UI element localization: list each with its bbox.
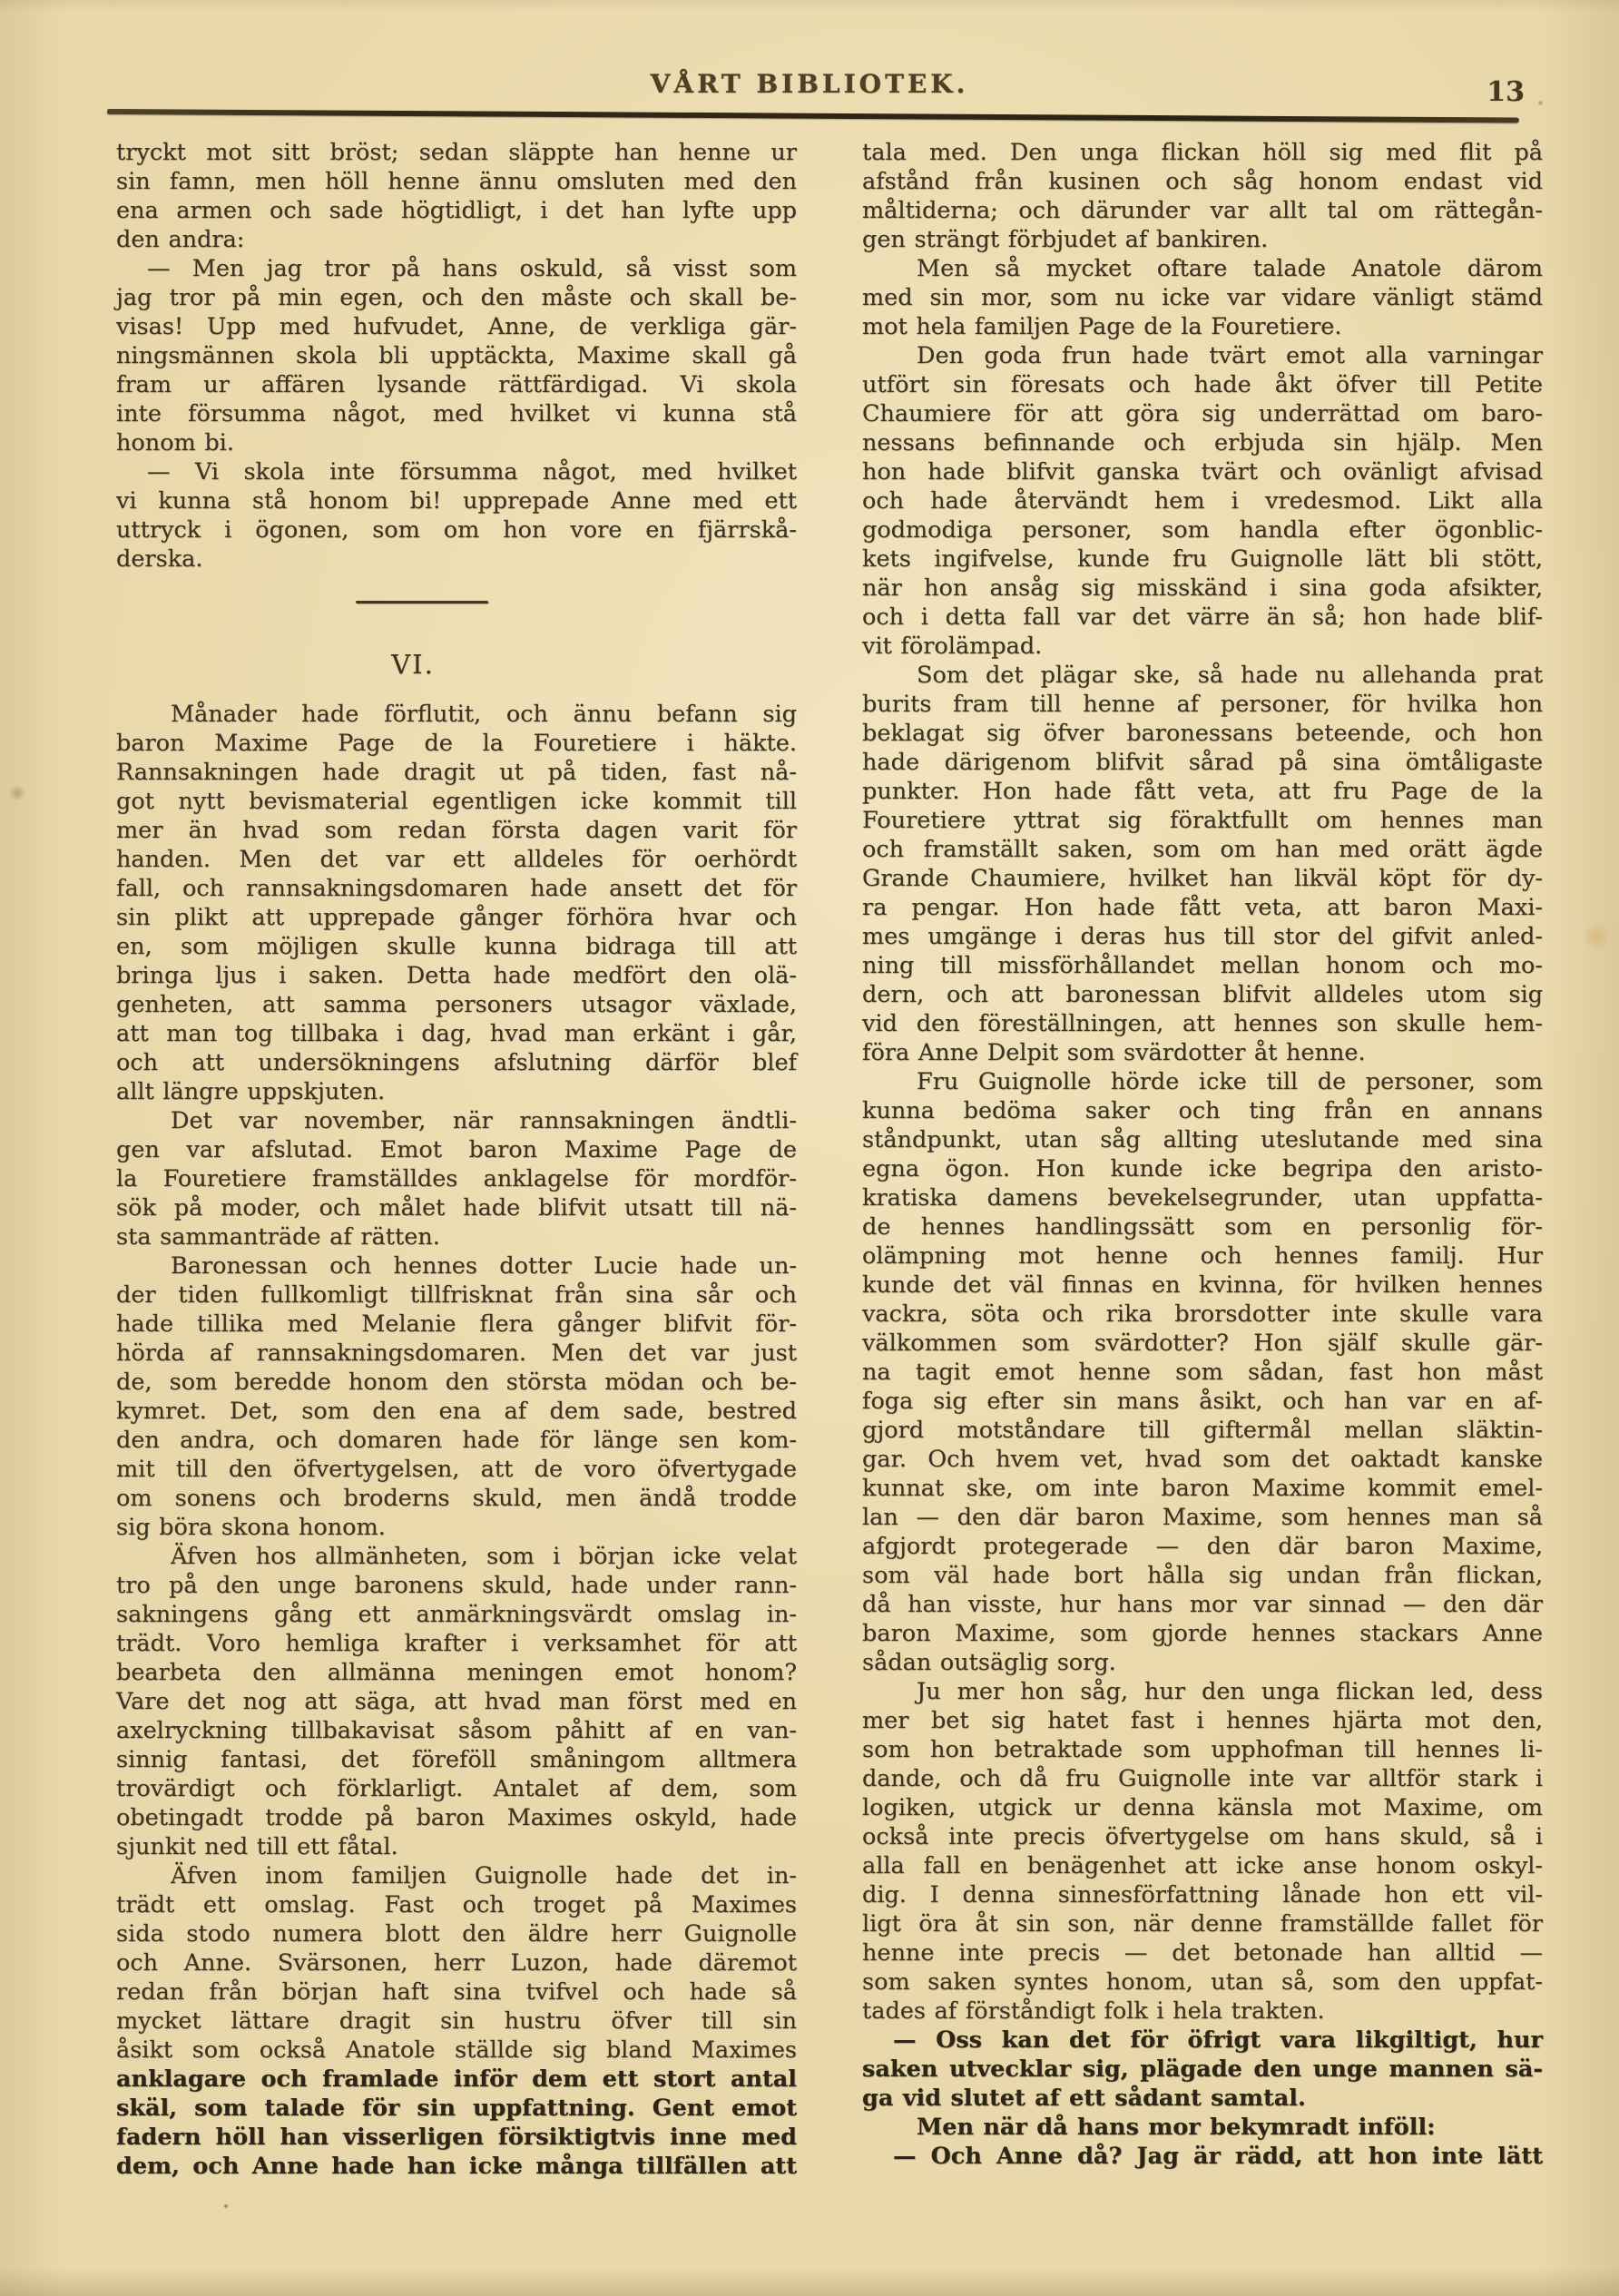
text-line: en, som möjligen skulle kunna bidraga ti… (116, 932, 797, 961)
text-line: dem, och Anne hade han icke många tillfä… (116, 2152, 797, 2181)
text-line: mer än hvad som redan första dagen varit… (116, 816, 797, 845)
text-line: vackra, söta och rika brorsdotter inte s… (862, 1300, 1543, 1329)
text-line: Chaumiere för att göra sig underrättad o… (862, 399, 1543, 428)
text-columns: tryckt mot sitt bröst; sedan släppte han… (116, 138, 1543, 2181)
text-line: mit till den öfvertygelsen, att de voro … (116, 1455, 797, 1484)
text-line: och Anne. Svärsonen, herr Luzon, hade dä… (116, 1948, 797, 1977)
paper-stain (1585, 918, 1608, 955)
text-line: sök på moder, och målet hade blifvit uts… (116, 1193, 797, 1222)
text-line: obetingadt trodde på baron Maximes oskyl… (116, 1803, 797, 1832)
text-line: beklagat sig öfver baronessans beteende,… (862, 719, 1543, 748)
text-line: sin plikt att upprepade gånger förhöra h… (116, 903, 797, 932)
text-line: — Vi skola inte försumma något, med hvil… (116, 457, 797, 486)
text-line: trovärdigt och förklarligt. Antalet af d… (116, 1774, 797, 1803)
text-line: inte försumma något, med hvilket vi kunn… (116, 399, 797, 428)
text-line: som saken syntes honom, utan så, som den… (862, 1967, 1543, 1997)
text-line: ning till missförhållandet mellan honom … (862, 951, 1543, 980)
text-line: nessans befinnande och erbjuda sin hjälp… (862, 428, 1543, 457)
text-line: de, som beredde honom den största mödan … (116, 1368, 797, 1397)
text-line: burits fram till henne af personer, för … (862, 690, 1543, 719)
column-left: tryckt mot sitt bröst; sedan släppte han… (116, 138, 797, 2181)
text-line: kunna bedöma saker och ting från en anna… (862, 1096, 1543, 1125)
text-line: som hon betraktade som upphofman till he… (862, 1735, 1543, 1764)
text-line: tro på den unge baronens skuld, hade und… (116, 1571, 797, 1600)
text-line: trädt. Voro hemliga krafter i verksamhet… (116, 1629, 797, 1658)
text-line: visas! Upp med hufvudet, Anne, de verkli… (116, 312, 797, 341)
text-line: sida stodo numera blott den äldre herr G… (116, 1919, 797, 1948)
text-line: — Oss kan det för öfrigt vara likgiltigt… (862, 2026, 1543, 2055)
header-rule (107, 109, 1519, 123)
text-line: sig böra skona honom. (116, 1513, 797, 1542)
section-divider (356, 601, 488, 603)
text-line: ga vid slutet af ett sådant samtal. (862, 2084, 1543, 2113)
text-line: Äfven hos allmänheten, som i början icke… (116, 1542, 797, 1571)
text-line: saken utvecklar sig, plägade den unge ma… (862, 2055, 1543, 2084)
text-line: hade tillika med Melanie flera gånger bl… (116, 1310, 797, 1339)
text-line: derska. (116, 545, 797, 574)
text-line: de hennes handlingssätt som en personlig… (862, 1212, 1543, 1241)
text-line: baron Maxime, som gjorde hennes stackars… (862, 1619, 1543, 1648)
text-line: dande, och då fru Guignolle inte var all… (862, 1764, 1543, 1793)
text-line: honom bi. (116, 428, 797, 457)
text-line: Men så mycket oftare talade Anatole däro… (862, 254, 1543, 283)
text-line: då han visste, hur hans mor var sinnad —… (862, 1590, 1543, 1619)
text-line: — Och Anne då? Jag är rädd, att hon inte… (862, 2142, 1543, 2171)
text-line: — Men jag tror på hans oskuld, så visst … (116, 254, 797, 283)
text-line: Fouretiere yttrat sig föraktfullt om hen… (862, 806, 1543, 835)
text-line: jag tror på min egen, och den måste och … (116, 283, 797, 312)
text-line: ningsmännen skola bli upptäckta, Maxime … (116, 341, 797, 370)
text-line: na tagit emot henne som sådan, fast hon … (862, 1358, 1543, 1387)
text-line: och hade återvändt hem i vredesmod. Likt… (862, 486, 1543, 515)
text-line: gen strängt förbjudet af bankiren. (862, 225, 1543, 254)
text-line: mes umgänge i deras hus till stor del gi… (862, 922, 1543, 951)
text-line: Grande Chaumiere, hvilket han likväl köp… (862, 864, 1543, 893)
text-line: Den goda frun hade tvärt emot alla varni… (862, 341, 1543, 370)
text-line: baron Maxime Page de la Fouretiere i häk… (116, 729, 797, 758)
text-line: Ju mer hon såg, hur den unga flickan led… (862, 1677, 1543, 1706)
text-line: axelryckning tillbakavisat såsom påhitt … (116, 1716, 797, 1745)
text-line: Som det plägar ske, så hade nu allehanda… (862, 661, 1543, 690)
text-line: fadern höll han visserligen försiktigtvi… (116, 2123, 797, 2152)
text-line: kunnat ske, om inte baron Maxime kommit … (862, 1474, 1543, 1503)
text-line: sin famn, men höll henne ännu omsluten m… (116, 167, 797, 196)
text-line: skäl, som talade för sin uppfattning. Ge… (116, 2094, 797, 2123)
text-line: hade därigenom blifvit sårad på sina ömt… (862, 748, 1543, 777)
text-line: anklagare och framlade inför dem ett sto… (116, 2065, 797, 2094)
text-line: godmodiga personer, som handla efter ögo… (862, 515, 1543, 545)
text-line: sinnig fantasi, det föreföll småningom a… (116, 1745, 797, 1774)
text-line: gen var afslutad. Emot baron Maxime Page… (116, 1135, 797, 1164)
text-line: dern, och att baronessan blifvit alldele… (862, 980, 1543, 1009)
text-line: Rannsakningen hade dragit ut på tiden, f… (116, 758, 797, 787)
text-line: sakningens gång ett anmärkningsvärdt oms… (116, 1600, 797, 1629)
text-line: afstånd från kusinen och såg honom endas… (862, 167, 1543, 196)
text-line: bringa ljus i saken. Detta hade medfört … (116, 961, 797, 990)
text-line: uttryck i ögonen, som om hon vore en fjä… (116, 515, 797, 545)
text-line: genheten, att samma personers utsagor vä… (116, 990, 797, 1019)
text-line: ligt öra åt sin son, när denne framställ… (862, 1909, 1543, 1938)
text-line: tades af förståndigt folk i hela trakten… (862, 1997, 1543, 2026)
text-line: redan från början haft sina tvifvel och … (116, 1977, 797, 2007)
text-line: egna ögon. Hon kunde icke begripa den ar… (862, 1154, 1543, 1183)
text-line: Baronessan och hennes dotter Lucie hade … (116, 1251, 797, 1280)
paper-stain (7, 786, 27, 800)
text-line: Fru Guignolle hörde icke till de persone… (862, 1067, 1543, 1096)
text-line: vi kunna stå honom bi! upprepade Anne me… (116, 486, 797, 515)
text-line: gjord motståndare till giftermål mellan … (862, 1416, 1543, 1445)
text-line: got nytt bevismaterial egentligen icke k… (116, 787, 797, 816)
paper-stain (1537, 100, 1544, 106)
text-line: hon hade blifvit ganska tvärt och ovänli… (862, 457, 1543, 486)
text-line: Men när då hans mor bekymradt inföll: (862, 2113, 1543, 2142)
text-line: den andra: (116, 225, 797, 254)
text-line: dig. I denna sinnesförfattning lånade ho… (862, 1880, 1543, 1909)
text-line: vid den föreställningen, att hennes son … (862, 1009, 1543, 1038)
text-line: också inte precis öfvertygelse om hans s… (862, 1822, 1543, 1851)
text-line: Äfven inom familjen Guignolle hade det i… (116, 1861, 797, 1890)
text-line: måltiderna; och därunder var allt tal om… (862, 196, 1543, 225)
text-line: Månader hade förflutit, och ännu befann … (116, 700, 797, 729)
text-line: gar. Och hvem vet, hvad som det oaktadt … (862, 1445, 1543, 1474)
text-line: allt längre uppskjuten. (116, 1077, 797, 1106)
text-line: åsikt som också Anatole ställde sig blan… (116, 2036, 797, 2065)
chapter-heading: VI. (116, 649, 797, 680)
text-line: sjunkit ned till ett fåtal. (116, 1832, 797, 1861)
text-line: att man tog tillbaka i dag, hvad man erk… (116, 1019, 797, 1048)
text-line: handen. Men det var ett alldeles för oer… (116, 845, 797, 874)
text-line: föra Anne Delpit som svärdotter åt henne… (862, 1038, 1543, 1067)
text-line: ena armen och sade högtidligt, i det han… (116, 196, 797, 225)
text-line: der tiden fullkomligt tillfrisknat från … (116, 1280, 797, 1310)
text-line: foga sig efter sin mans åsikt, och han v… (862, 1387, 1543, 1416)
text-line: och framställt saken, som om han med orä… (862, 835, 1543, 864)
text-line: lan — den där baron Maxime, som hennes m… (862, 1503, 1543, 1532)
text-line: och i detta fall var det värre än så; ho… (862, 603, 1543, 632)
text-line: mer bet sig hatet fast i hennes hjärta m… (862, 1706, 1543, 1735)
text-line: henne inte precis — det betonade han all… (862, 1938, 1543, 1967)
text-line: bearbeta den allmänna meningen emot hono… (116, 1658, 797, 1687)
text-line: kunde det väl finnas en kvinna, för hvil… (862, 1271, 1543, 1300)
text-line: när hon ansåg sig misskänd i sina goda a… (862, 574, 1543, 603)
text-line: vit förolämpad. (862, 632, 1543, 661)
text-line: som väl hade bort hålla sig undan från f… (862, 1561, 1543, 1590)
text-line: kets ingifvelse, kunde fru Guignolle lät… (862, 545, 1543, 574)
text-line: la Fouretiere framställdes anklagelse fö… (116, 1164, 797, 1193)
text-line: utfört sin föresats och hade åkt öfver t… (862, 370, 1543, 399)
text-line: logiken, utgick ur denna känsla mot Maxi… (862, 1793, 1543, 1822)
text-line: fram ur affären lysande rättfärdigad. Vi… (116, 370, 797, 399)
text-line: tryckt mot sitt bröst; sedan släppte han… (116, 138, 797, 167)
text-line: välkommen som svärdotter? Hon själf skul… (862, 1329, 1543, 1358)
text-line: och att undersökningens afslutning därfö… (116, 1048, 797, 1077)
text-line: tala med. Den unga flickan höll sig med … (862, 138, 1543, 167)
column-right: tala med. Den unga flickan höll sig med … (862, 138, 1543, 2181)
text-line: mot hela familjen Page de la Fouretiere. (862, 312, 1543, 341)
paper-stain (223, 2203, 229, 2209)
text-line: alla fall en benägenhet att icke anse ho… (862, 1851, 1543, 1880)
text-line: om sonens och broderns skuld, men ändå t… (116, 1484, 797, 1513)
text-line: sådan outsäglig sorg. (862, 1648, 1543, 1677)
page-number: 13 (1487, 76, 1525, 108)
text-line: Det var november, när rannsakningen ändt… (116, 1106, 797, 1135)
page-title: VÅRT BIBLIOTEK. (0, 69, 1619, 99)
text-line: trädt ett omslag. Fast och troget på Max… (116, 1890, 797, 1919)
text-line: med sin mor, som nu icke var vidare vänl… (862, 283, 1543, 312)
text-line: ra pengar. Hon hade fått veta, att baron… (862, 893, 1543, 922)
text-line: den andra, och domaren hade för länge se… (116, 1426, 797, 1455)
text-line: punkter. Hon hade fått veta, att fru Pag… (862, 777, 1543, 806)
text-line: afgjordt protegerade — den där baron Max… (862, 1532, 1543, 1561)
text-line: olämpning mot henne och hennes familj. H… (862, 1241, 1543, 1271)
text-line: hörda af rannsakningsdomaren. Men det va… (116, 1339, 797, 1368)
text-line: sta sammanträde af rätten. (116, 1222, 797, 1251)
text-line: Vare det nog att säga, att hvad man förs… (116, 1687, 797, 1716)
text-line: kymret. Det, som den ena af dem sade, be… (116, 1397, 797, 1426)
text-line: kratiska damens bevekelsegrunder, utan u… (862, 1183, 1543, 1212)
text-line: fall, och rannsakningsdomaren hade anset… (116, 874, 797, 903)
text-line: mycket lättare dragit sin hustru öfver t… (116, 2007, 797, 2036)
text-line: ståndpunkt, utan såg allting uteslutande… (862, 1125, 1543, 1154)
